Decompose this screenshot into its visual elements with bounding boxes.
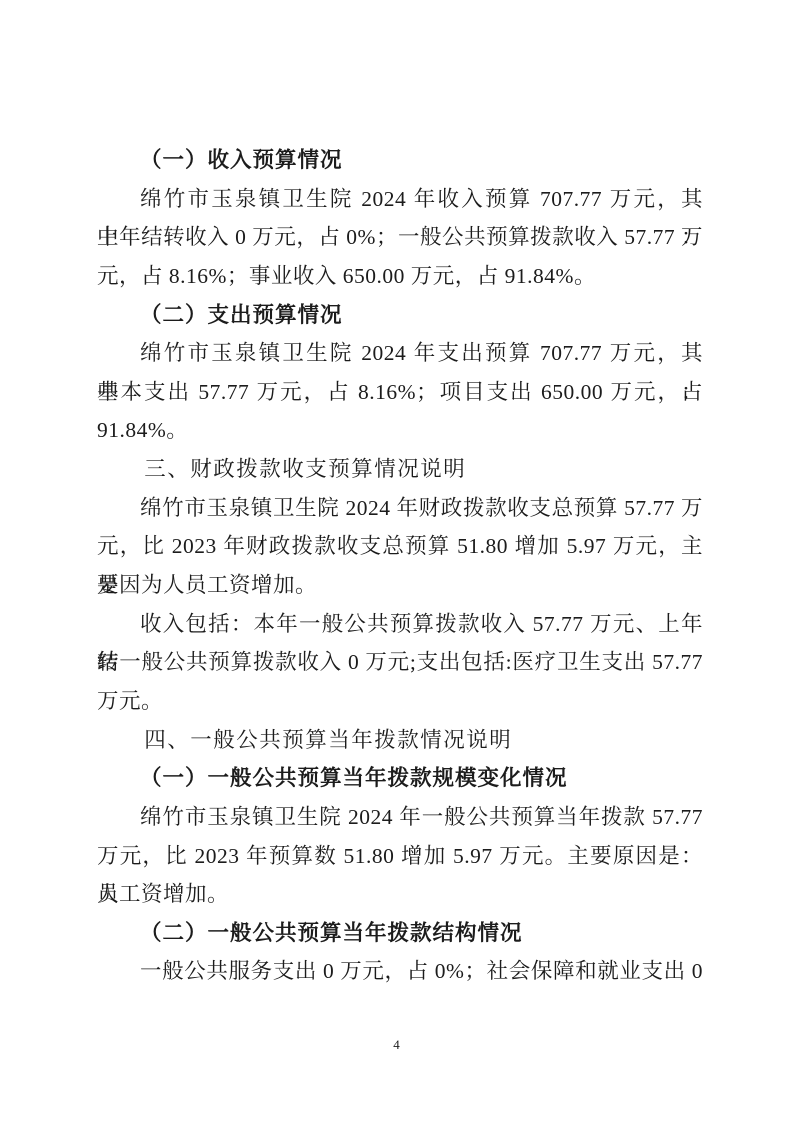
heading-general-budget-allocation: 四、一般公共预算当年拨款情况说明 (97, 721, 703, 760)
paragraph-line: 元，比 2023 年财政拨款收支总预算 51.80 增加 5.97 万元，主要 (97, 527, 703, 566)
paragraph-line: 绵竹市玉泉镇卫生院 2024 年财政拨款收支总预算 57.77 万 (97, 489, 703, 528)
paragraph-line: 转一般公共预算拨款收入 0 万元;支出包括:医疗卫生支出 57.77 (97, 643, 703, 682)
heading-expenditure-budget: （二）支出预算情况 (97, 296, 703, 335)
paragraph-line: 万元，比 2023 年预算数 51.80 增加 5.97 万元。主要原因是：人 (97, 837, 703, 876)
paragraph-line: 收入包括：本年一般公共预算拨款收入 57.77 万元、上年结 (97, 605, 703, 644)
paragraph-line: 员工资增加。 (97, 875, 703, 914)
paragraph-line: 元，占 8.16%；事业收入 650.00 万元，占 91.84%。 (97, 257, 703, 296)
heading-fiscal-allocation: 三、财政拨款收支预算情况说明 (97, 450, 703, 489)
heading-allocation-structure: （二）一般公共预算当年拨款结构情况 (97, 914, 703, 953)
paragraph-line: 万元。 (97, 682, 703, 721)
page-number: 4 (0, 1036, 793, 1054)
heading-allocation-scale-change: （一）一般公共预算当年拨款规模变化情况 (97, 759, 703, 798)
paragraph-line: 绵竹市玉泉镇卫生院 2024 年支出预算 707.77 万元，其中： (97, 334, 703, 373)
heading-income-budget: （一）收入预算情况 (97, 141, 703, 180)
paragraph-line: 绵竹市玉泉镇卫生院 2024 年一般公共预算当年拨款 57.77 (97, 798, 703, 837)
paragraph-line: 一般公共服务支出 0 万元，占 0%；社会保障和就业支出 0 (97, 952, 703, 991)
paragraph-line: 上年结转收入 0 万元，占 0%；一般公共预算拨款收入 57.77 万 (97, 218, 703, 257)
paragraph-line: 绵竹市玉泉镇卫生院 2024 年收入预算 707.77 万元，其中： (97, 180, 703, 219)
paragraph-line: 91.84%。 (97, 411, 703, 450)
paragraph-line: 是因为人员工资增加。 (97, 566, 703, 605)
document-page: （一）收入预算情况 绵竹市玉泉镇卫生院 2024 年收入预算 707.77 万元… (0, 0, 793, 1122)
document-content: （一）收入预算情况 绵竹市玉泉镇卫生院 2024 年收入预算 707.77 万元… (97, 141, 703, 991)
paragraph-line: 基本支出 57.77 万元，占 8.16%；项目支出 650.00 万元，占 (97, 373, 703, 412)
